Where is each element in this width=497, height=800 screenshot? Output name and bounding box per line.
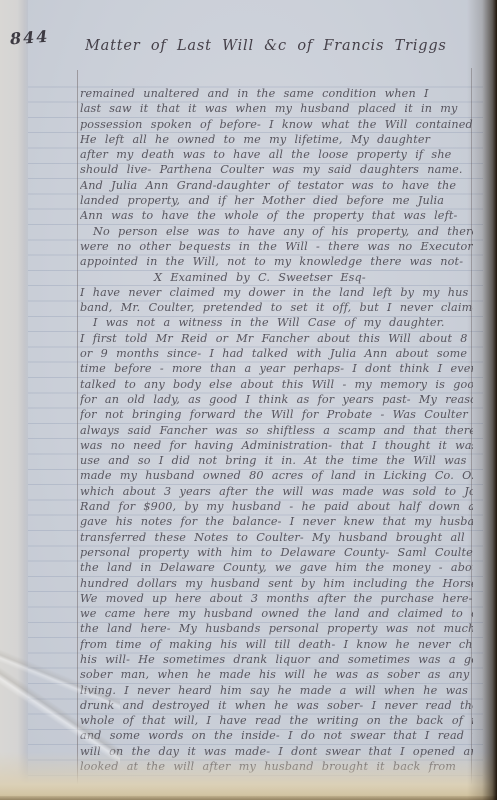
manuscript-line: was no need for having Administration- t… <box>80 438 473 453</box>
manuscript-page: 844 Matter of Last Will &c of Francis Tr… <box>0 0 497 800</box>
manuscript-line: appointed in the Will, not to my knowled… <box>80 254 473 269</box>
manuscript-line: we came here my husband owned the land a… <box>80 606 473 621</box>
manuscript-line: possession spoken of before- I know what… <box>80 117 473 132</box>
manuscript-line: Ann was to have the whole of the propert… <box>80 208 473 223</box>
body-lines: remained unaltered and in the same condi… <box>80 86 473 800</box>
manuscript-line: drunk and destroyed it when he was sober… <box>80 698 473 713</box>
manuscript-line: for an old lady, as good I think as for … <box>80 392 473 407</box>
manuscript-line: last saw it that it was when my husband … <box>80 101 473 116</box>
manuscript-line: always said Fancher was so shiftless a s… <box>80 423 473 438</box>
manuscript-line: landed property, and if her Mother died … <box>80 193 473 208</box>
manuscript-line: after my death was to have all the loose… <box>80 147 473 162</box>
manuscript-line: time before - more than a year perhaps- … <box>80 361 473 376</box>
manuscript-line: for not bringing forward the Will for Pr… <box>80 407 473 422</box>
page-bottom-edge <box>0 752 497 800</box>
manuscript-line: living. I never heard him say he made a … <box>80 683 473 698</box>
manuscript-line: transferred these Notes to Coulter- My h… <box>80 530 473 545</box>
book-edge-shadow <box>467 0 497 800</box>
manuscript-line: No person else was to have any of his pr… <box>80 224 473 239</box>
manuscript-line: Rand for $900, by my husband - he paid a… <box>80 499 473 514</box>
manuscript-line: which about 3 years after the will was m… <box>80 484 473 499</box>
manuscript-line: from time of making his will till death-… <box>80 637 473 652</box>
manuscript-line: hundred dollars my husband sent by him i… <box>80 576 473 591</box>
manuscript-line: use and so I did not bring it in. At the… <box>80 453 473 468</box>
manuscript-line: band, Mr. Coulter, pretended to set it o… <box>80 300 473 315</box>
manuscript-line: should live- Parthena Coulter was my sai… <box>80 162 473 177</box>
manuscript-line: X Examined by C. Sweetser Esq- <box>80 270 473 285</box>
manuscript-line: sober man, when he made his will he was … <box>80 667 473 682</box>
manuscript-line: personal property with him to Delaware C… <box>80 545 473 560</box>
manuscript-line: or 9 months since- I had talked with Jul… <box>80 346 473 361</box>
page-bottom-lip <box>0 796 497 800</box>
manuscript-line: made my husband owned 80 acres of land i… <box>80 468 473 483</box>
manuscript-line: the land here- My husbands personal prop… <box>80 621 473 636</box>
manuscript-line: I was not a witness in the Will Case of … <box>80 315 473 330</box>
manuscript-line: were no other bequests in the Will - the… <box>80 239 473 254</box>
manuscript-line: We moved up here about 3 months after th… <box>80 591 473 606</box>
manuscript-line: He left all he owned to me my lifetime, … <box>80 132 473 147</box>
manuscript-line: gave his notes for the balance- I never … <box>80 514 473 529</box>
manuscript-line: talked to any body else about this Will … <box>80 377 473 392</box>
manuscript-line: I first told Mr Reid or Mr Fancher about… <box>80 331 473 346</box>
manuscript-line: his will- He sometimes drank liquor and … <box>80 652 473 667</box>
manuscript-line: I have never claimed my dower in the lan… <box>80 285 473 300</box>
manuscript-line: And Julia Ann Grand-daughter of testator… <box>80 178 473 193</box>
page-number: 844 <box>9 27 50 49</box>
manuscript-line: whole of that will, I have read the writ… <box>80 713 473 728</box>
page-title: Matter of Last Will &c of Francis Triggs… <box>85 38 449 54</box>
manuscript-line: the land in Delaware County, we gave him… <box>80 560 473 575</box>
manuscript-line: remained unaltered and in the same condi… <box>80 86 473 101</box>
manuscript-line: and some words on the inside- I do not s… <box>80 728 473 743</box>
